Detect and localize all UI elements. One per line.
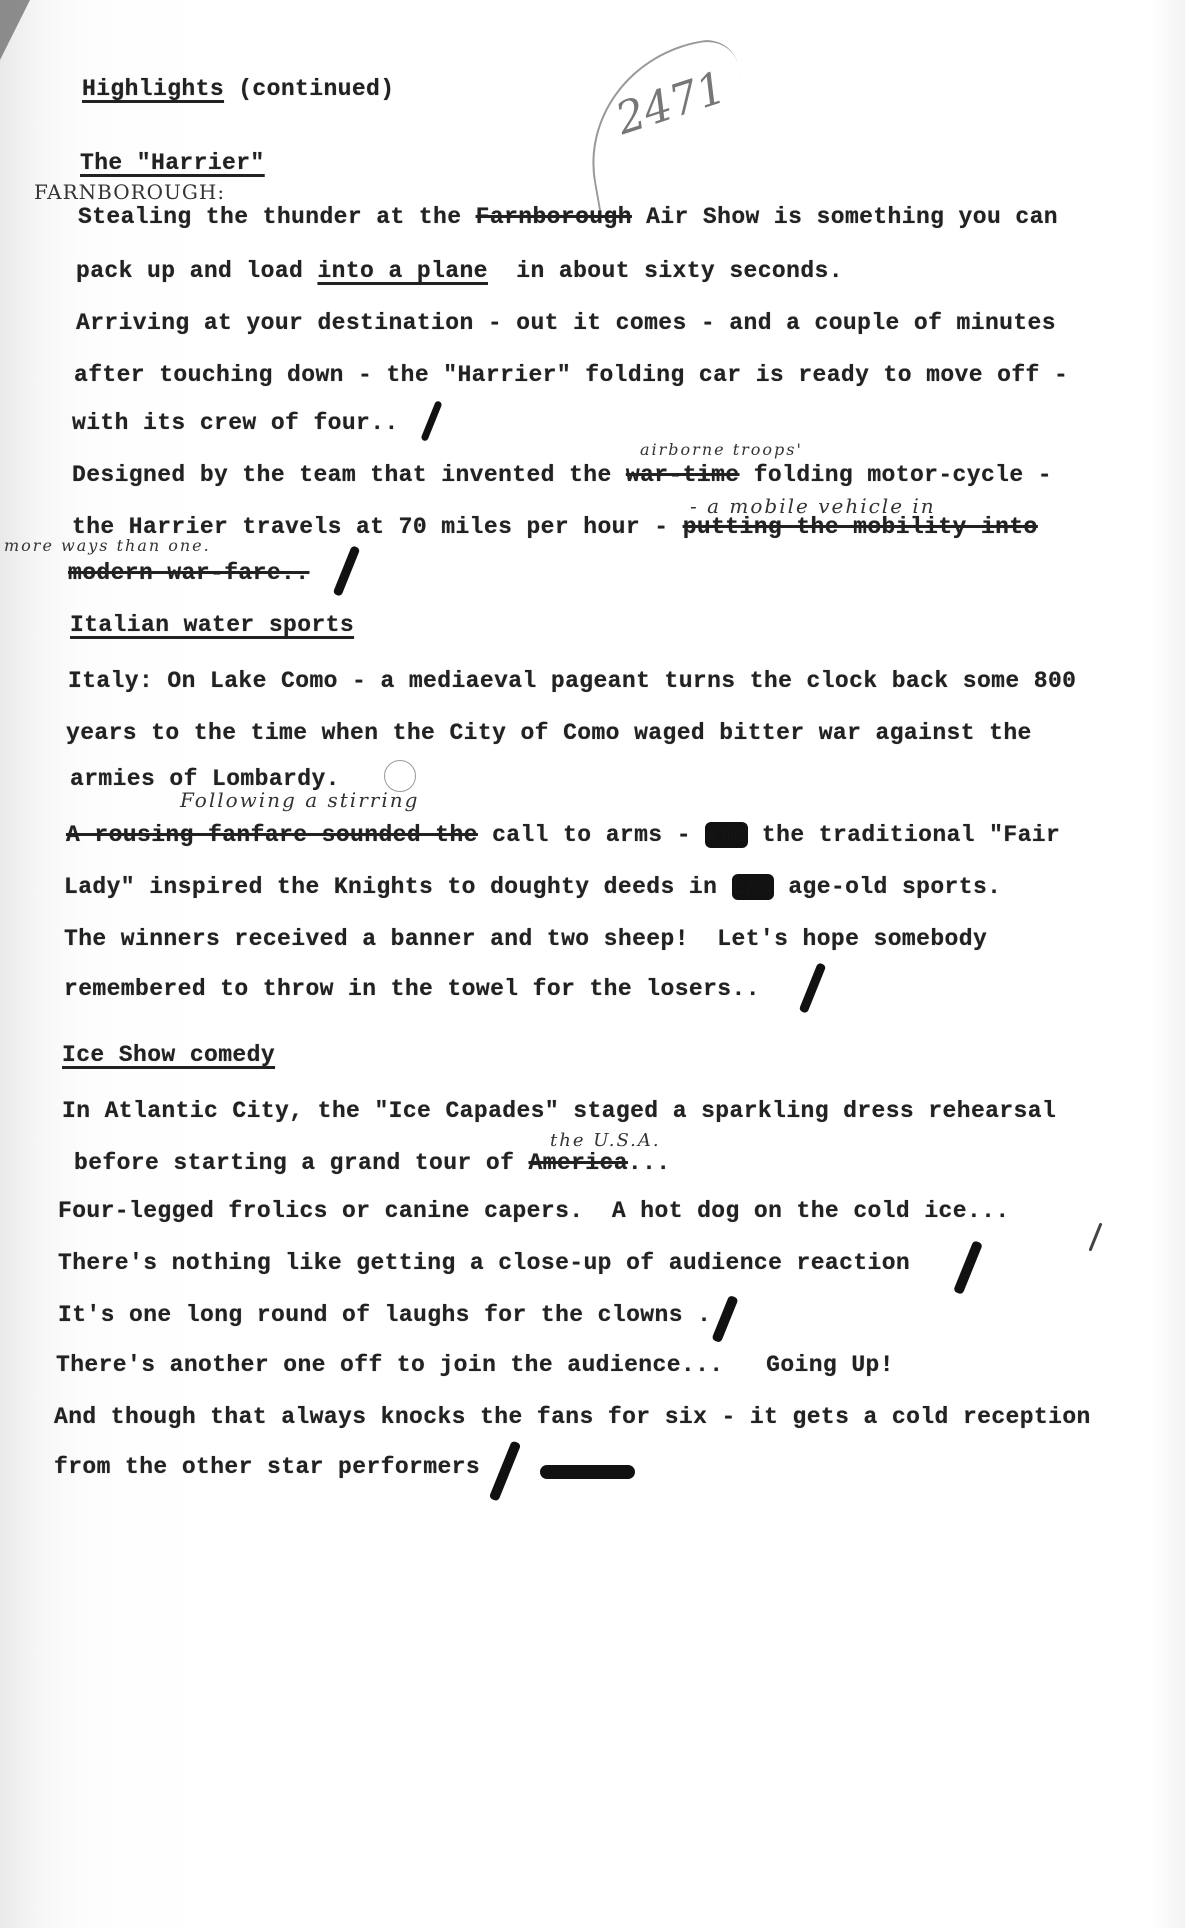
text-line: remembered to throw in the towel for the… <box>64 976 760 1002</box>
folded-corner <box>0 0 30 60</box>
text-line: A rousing fanfare sounded the call to ar… <box>66 822 1060 848</box>
text-line: Stealing the thunder at the Farnborough … <box>78 204 1058 230</box>
handwritten-the-usa: the U.S.A. <box>550 1130 661 1151</box>
text-line: Italy: On Lake Como - a mediaeval pagean… <box>68 668 1076 694</box>
text-line: The winners received a banner and two sh… <box>64 926 987 952</box>
section-heading-italian-water-sports: Italian water sports <box>70 612 354 638</box>
text-line: the Harrier travels at 70 miles per hour… <box>72 514 1038 540</box>
document-page: 2471 Highlights (continued) The "Harrier… <box>0 0 1185 1928</box>
document-title: Highlights (continued) <box>82 76 394 102</box>
text-line: before starting a grand tour of America.… <box>74 1150 671 1176</box>
text-line: And though that always knocks the fans f… <box>54 1404 1091 1430</box>
text-line: Lady" inspired the Knights to doughty de… <box>64 874 1001 900</box>
handwritten-airborne-troops: airborne troops' <box>640 440 803 459</box>
checkmark-icon <box>799 962 827 1014</box>
handwritten-more-ways: more ways than one. <box>4 536 211 555</box>
text-line: Four-legged frolics or canine capers. A … <box>58 1198 1010 1224</box>
text-line: There's nothing like getting a close-up … <box>58 1250 910 1276</box>
checkmark-icon <box>489 1440 521 1501</box>
text-line: In Atlantic City, the "Ice Capades" stag… <box>62 1098 1056 1124</box>
text-line: years to the time when the City of Como … <box>66 720 1032 746</box>
text-line: pack up and load into a plane in about s… <box>76 258 843 284</box>
handwritten-farnborough: FARNBOROUGH: <box>34 180 225 204</box>
checkmark-icon <box>420 400 442 442</box>
text-line: Designed by the team that invented the w… <box>72 462 1052 488</box>
checkmark-icon <box>711 1295 738 1343</box>
margin-mark-icon <box>1088 1223 1102 1252</box>
text-line: There's another one off to join the audi… <box>56 1352 894 1378</box>
text-line: Arriving at your destination - out it co… <box>76 310 1056 336</box>
checkmark-icon <box>953 1240 983 1295</box>
text-line-struck: modern war-fare.. <box>68 560 309 586</box>
handwritten-following-a-stirring: Following a stirring <box>180 788 419 812</box>
text-line: with its crew of four.. <box>72 410 399 436</box>
section-heading-ice-show-comedy: Ice Show comedy <box>62 1042 275 1068</box>
section-heading-harrier: The "Harrier" <box>80 150 265 176</box>
text-line: from the other star performers <box>54 1454 480 1480</box>
text-line: after touching down - the "Harrier" fold… <box>74 362 1068 388</box>
checkmark-icon <box>333 545 361 597</box>
end-mark <box>540 1465 635 1479</box>
text-line: It's one long round of laughs for the cl… <box>58 1302 711 1328</box>
